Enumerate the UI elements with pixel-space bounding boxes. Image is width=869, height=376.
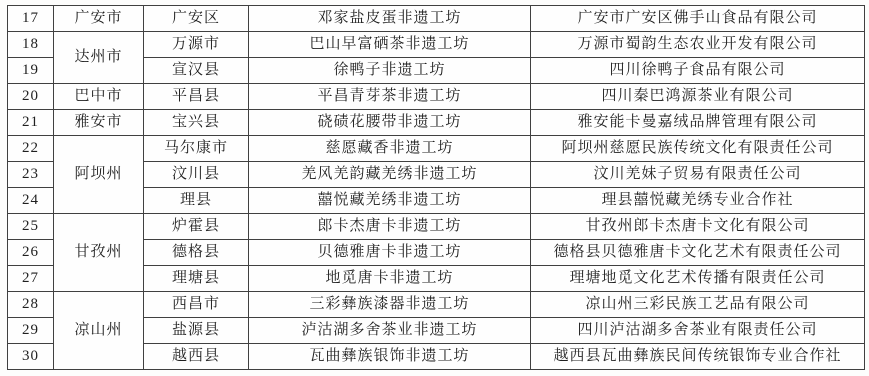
county-cell: 平昌县 — [144, 84, 249, 110]
company-cell: 理塘地觅文化艺术传播有限责任公司 — [531, 266, 865, 292]
table-row: 18 达州市 万源市 巴山早富硒茶非遗工坊 万源市蜀韵生态农业开发有限公司 — [8, 32, 865, 58]
serial-cell: 22 — [8, 136, 54, 162]
city-cell: 雅安市 — [54, 110, 144, 136]
serial-cell: 29 — [8, 318, 54, 344]
workshop-cell: 郎卡杰唐卡非遗工坊 — [249, 214, 531, 240]
table-row: 28 凉山州 西昌市 三彩彝族漆器非遗工坊 凉山州三彩民族工艺品有限公司 — [8, 292, 865, 318]
serial-cell: 25 — [8, 214, 54, 240]
company-cell: 四川泸沽湖多舍茶业有限责任公司 — [531, 318, 865, 344]
workshop-cell: 贝德雅唐卡非遗工坊 — [249, 240, 531, 266]
serial-cell: 19 — [8, 58, 54, 84]
county-cell: 盐源县 — [144, 318, 249, 344]
city-cell: 甘孜州 — [54, 214, 144, 292]
county-cell: 理县 — [144, 188, 249, 214]
county-cell: 万源市 — [144, 32, 249, 58]
company-cell: 甘孜州郎卡杰唐卡文化有限公司 — [531, 214, 865, 240]
city-cell: 巴中市 — [54, 84, 144, 110]
heritage-workshop-table: 17 广安市 广安区 邓家盐皮蛋非遗工坊 广安市广安区佛手山食品有限公司 18 … — [7, 5, 865, 370]
serial-cell: 23 — [8, 162, 54, 188]
serial-cell: 27 — [8, 266, 54, 292]
county-cell: 西昌市 — [144, 292, 249, 318]
company-cell: 凉山州三彩民族工艺品有限公司 — [531, 292, 865, 318]
company-cell: 万源市蜀韵生态农业开发有限公司 — [531, 32, 865, 58]
county-cell: 理塘县 — [144, 266, 249, 292]
city-cell: 阿坝州 — [54, 136, 144, 214]
company-cell: 德格县贝德雅唐卡文化艺术有限责任公司 — [531, 240, 865, 266]
workshop-cell: 邓家盐皮蛋非遗工坊 — [249, 6, 531, 32]
workshop-cell: 硗碛花腰带非遗工坊 — [249, 110, 531, 136]
table-row: 21 雅安市 宝兴县 硗碛花腰带非遗工坊 雅安能卡曼嘉绒品牌管理有限公司 — [8, 110, 865, 136]
company-cell: 四川秦巴鸿源茶业有限公司 — [531, 84, 865, 110]
workshop-cell: 囍悦藏羌绣非遗工坊 — [249, 188, 531, 214]
city-cell: 凉山州 — [54, 292, 144, 370]
county-cell: 炉霍县 — [144, 214, 249, 240]
serial-cell: 28 — [8, 292, 54, 318]
serial-cell: 30 — [8, 344, 54, 370]
serial-cell: 20 — [8, 84, 54, 110]
city-cell: 广安市 — [54, 6, 144, 32]
serial-cell: 18 — [8, 32, 54, 58]
county-cell: 越西县 — [144, 344, 249, 370]
workshop-cell: 瓦曲彝族银饰非遗工坊 — [249, 344, 531, 370]
county-cell: 德格县 — [144, 240, 249, 266]
workshop-cell: 平昌青芽茶非遗工坊 — [249, 84, 531, 110]
table-row: 22 阿坝州 马尔康市 慈愿藏香非遗工坊 阿坝州慈愿民族传统文化有限责任公司 — [8, 136, 865, 162]
county-cell: 宣汉县 — [144, 58, 249, 84]
table-row: 25 甘孜州 炉霍县 郎卡杰唐卡非遗工坊 甘孜州郎卡杰唐卡文化有限公司 — [8, 214, 865, 240]
table-row: 17 广安市 广安区 邓家盐皮蛋非遗工坊 广安市广安区佛手山食品有限公司 — [8, 6, 865, 32]
workshop-cell: 泸沽湖多舍茶业非遗工坊 — [249, 318, 531, 344]
workshop-cell: 三彩彝族漆器非遗工坊 — [249, 292, 531, 318]
county-cell: 汶川县 — [144, 162, 249, 188]
workshop-cell: 徐鸭子非遗工坊 — [249, 58, 531, 84]
workshop-cell: 羌风羌韵藏羌绣非遗工坊 — [249, 162, 531, 188]
company-cell: 阿坝州慈愿民族传统文化有限责任公司 — [531, 136, 865, 162]
company-cell: 汶川羌妹子贸易有限责任公司 — [531, 162, 865, 188]
serial-cell: 21 — [8, 110, 54, 136]
company-cell: 广安市广安区佛手山食品有限公司 — [531, 6, 865, 32]
company-cell: 理县囍悦藏羌绣专业合作社 — [531, 188, 865, 214]
serial-cell: 26 — [8, 240, 54, 266]
document-page: 17 广安市 广安区 邓家盐皮蛋非遗工坊 广安市广安区佛手山食品有限公司 18 … — [0, 0, 869, 376]
workshop-cell: 地觅唐卡非遗工坊 — [249, 266, 531, 292]
county-cell: 广安区 — [144, 6, 249, 32]
company-cell: 四川徐鸭子食品有限公司 — [531, 58, 865, 84]
serial-cell: 17 — [8, 6, 54, 32]
company-cell: 雅安能卡曼嘉绒品牌管理有限公司 — [531, 110, 865, 136]
county-cell: 宝兴县 — [144, 110, 249, 136]
company-cell: 越西县瓦曲彝族民间传统银饰专业合作社 — [531, 344, 865, 370]
workshop-cell: 慈愿藏香非遗工坊 — [249, 136, 531, 162]
serial-cell: 24 — [8, 188, 54, 214]
table-row: 20 巴中市 平昌县 平昌青芽茶非遗工坊 四川秦巴鸿源茶业有限公司 — [8, 84, 865, 110]
workshop-cell: 巴山早富硒茶非遗工坊 — [249, 32, 531, 58]
county-cell: 马尔康市 — [144, 136, 249, 162]
city-cell: 达州市 — [54, 32, 144, 84]
